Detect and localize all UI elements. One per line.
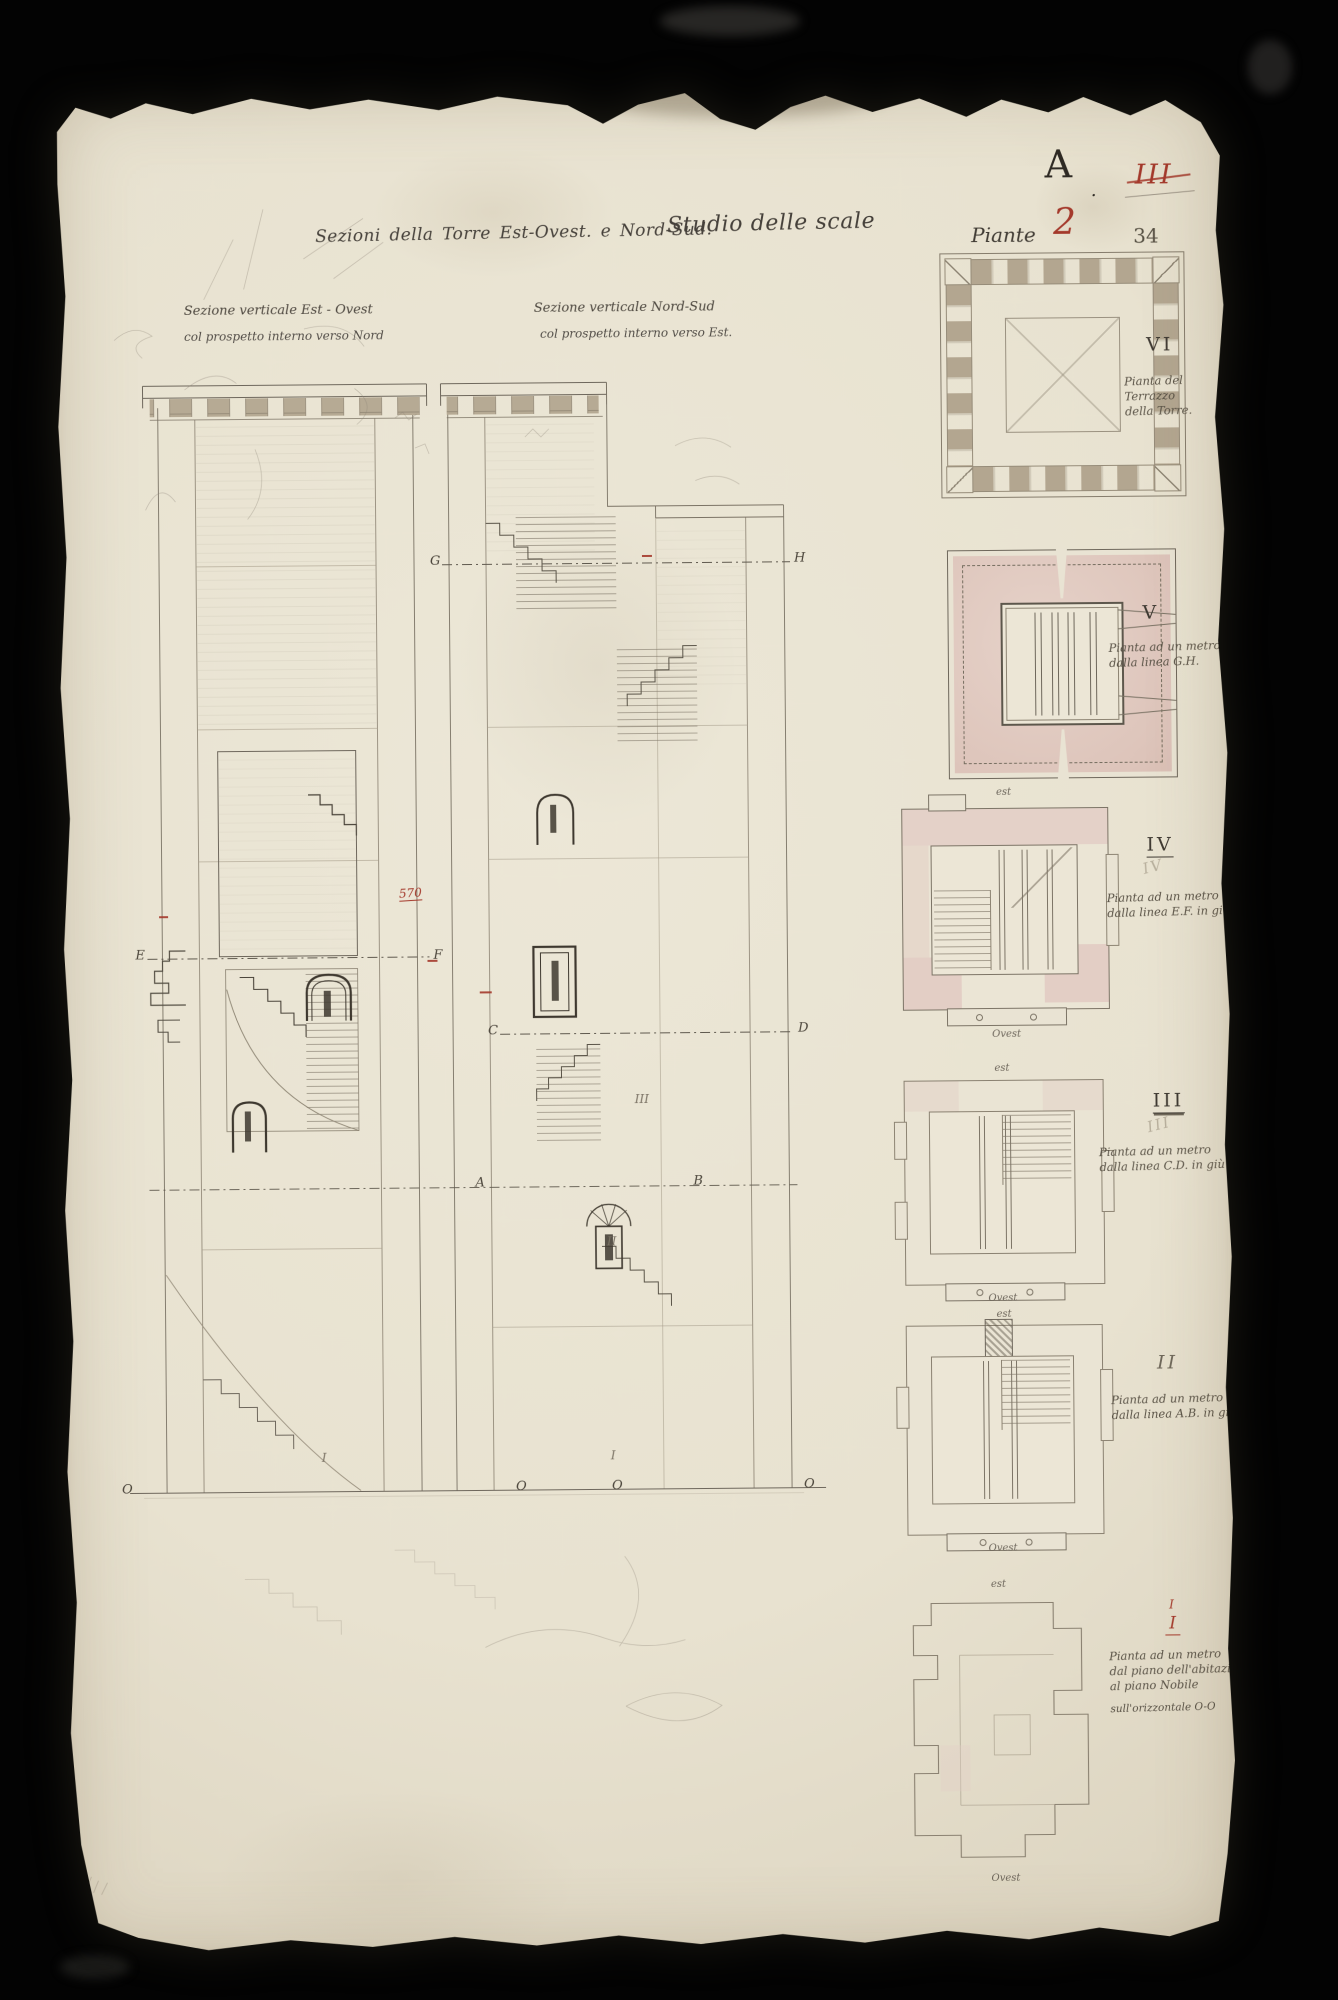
- left-section-subtitle: col prospetto interno verso Nord: [184, 328, 384, 344]
- background-smudge: [60, 1955, 130, 1979]
- interior-room: [930, 844, 1078, 975]
- plan-v-numeral: V: [1142, 602, 1159, 624]
- wall-wash: [902, 808, 1107, 846]
- post-dot: [1026, 1289, 1033, 1296]
- mid-section-title: Sezione verticale Nord-Sud: [534, 299, 715, 316]
- post-dot: [979, 1539, 986, 1546]
- wall-projection: [896, 1387, 909, 1429]
- middle-section: [440, 381, 792, 1491]
- level-marker: I: [611, 1448, 616, 1462]
- sheet-number: 2: [1053, 202, 1076, 243]
- beam-line: [998, 850, 1005, 970]
- plan-i: [903, 1594, 1100, 1868]
- landing-ledge: [946, 1007, 1066, 1026]
- wall-projection: [895, 1202, 908, 1240]
- left-section: [142, 384, 436, 1493]
- mid-section-subtitle: col prospetto interno verso Est.: [540, 325, 732, 341]
- plan-iii-numeral: III: [1153, 1089, 1185, 1113]
- interior-room: [929, 1110, 1076, 1254]
- wall-projection: [894, 1122, 907, 1160]
- compass-est: est: [994, 1063, 1009, 1074]
- baseline-letter-O: O: [122, 1482, 133, 1497]
- beam-line: [1011, 1361, 1018, 1499]
- plan-iii: [904, 1079, 1106, 1286]
- compass-est: est: [997, 1309, 1012, 1320]
- series-letter: A: [1044, 142, 1072, 186]
- background-smudge: [660, 6, 800, 36]
- stair-treads: [1002, 1114, 1072, 1185]
- terrace-opening: [1005, 317, 1121, 433]
- datum-letter-G: G: [430, 554, 441, 569]
- sheet-title-study: Studio delle scale: [667, 209, 876, 239]
- compass-ovest: Ovest: [992, 1029, 1021, 1040]
- level-marker: I: [322, 1451, 327, 1465]
- beam-line: [979, 1116, 986, 1249]
- post-dot: [976, 1289, 983, 1296]
- left-section-title: Sezione verticale Est - Ovest: [184, 302, 373, 319]
- beam-line: [1089, 612, 1097, 715]
- crenellated-parapet: [946, 284, 974, 467]
- datum-letter-H: H: [794, 551, 805, 566]
- datum-letter-C: C: [488, 1023, 498, 1038]
- datum-letter-F: F: [433, 948, 442, 963]
- construction-diagonal: [1011, 847, 1076, 908]
- compass-ovest: Ovest: [989, 1543, 1018, 1554]
- compass-ovest: Ovest: [988, 1293, 1017, 1304]
- datum-letter-B: B: [693, 1174, 703, 1189]
- wall-wash: [1043, 1080, 1103, 1111]
- interior-room: [931, 1355, 1075, 1504]
- datum-letter-E: E: [135, 948, 145, 963]
- beam-line: [1035, 613, 1043, 716]
- plan-iv-numeral: IV: [1146, 833, 1173, 857]
- stair-well: [1000, 602, 1124, 726]
- post-dot: [975, 1014, 982, 1021]
- level-marker: II: [607, 1234, 617, 1248]
- background-smudge: [1248, 40, 1292, 94]
- plan-iii-caption: Pianta ad un metro dalla linea C.D. in g…: [1099, 1142, 1225, 1176]
- parapet-corner: [1152, 256, 1179, 283]
- stair-treads: [934, 890, 992, 971]
- sheet-type-label: Piante: [971, 223, 1036, 248]
- crenellated-parapet: [972, 465, 1155, 493]
- beam-line: [1068, 612, 1076, 715]
- compass-ovest: Ovest: [991, 1873, 1020, 1884]
- wall-wash: [902, 846, 929, 958]
- crenellated-parapet: [970, 258, 1153, 286]
- parapet-corner: [946, 466, 973, 493]
- flue-projection: [928, 794, 966, 811]
- post-dot: [1025, 1539, 1032, 1546]
- parapet-corner: [1154, 464, 1181, 491]
- plan-v-caption: Pianta ad un metro dalla linea G.H.: [1108, 638, 1221, 671]
- level-marker: III: [635, 1092, 649, 1106]
- beam-line: [1005, 1116, 1012, 1249]
- plan-vi-caption: Pianta del Terrazzo della Torre.: [1124, 373, 1192, 420]
- baseline-letter-O: O: [804, 1477, 815, 1492]
- red-annotation-570: 570: [398, 885, 422, 901]
- plan-ii-numeral: II: [1157, 1351, 1178, 1373]
- parapet-corner: [944, 258, 971, 285]
- datum-letter-A: A: [475, 1175, 485, 1190]
- post-dot: [1029, 1014, 1036, 1021]
- paper-sheet: Sezioni della Torre Est-Ovest. e Nord-Su…: [52, 81, 1240, 1957]
- plan-ii: [906, 1324, 1105, 1536]
- page-number: 34: [1133, 223, 1159, 247]
- pencil-scribbles: [71, 205, 752, 1895]
- plan-i-caption: Pianta ad un metro dal piano dell'abitaz…: [1109, 1646, 1253, 1717]
- wall-wash: [905, 1081, 959, 1111]
- beam-line: [983, 1361, 990, 1499]
- crossed-numeral: III: [1135, 159, 1173, 190]
- compass-est: est: [991, 1579, 1006, 1590]
- crossed-numeral-wrap: III: [1135, 159, 1173, 190]
- compass-est: est: [996, 787, 1011, 798]
- baseline-letter-O: O: [516, 1479, 527, 1494]
- baseline-letter-O: O: [612, 1478, 623, 1493]
- plan-vi-numeral: VI: [1146, 333, 1173, 355]
- series-dot: .: [1091, 180, 1097, 201]
- plan-ii-caption: Pianta ad un metro dalla linea A.B. in g…: [1111, 1390, 1237, 1424]
- plan-iv-caption: Pianta ad un metro dalla linea E.F. in g…: [1107, 888, 1231, 922]
- plan-i-numeral: I: [1165, 1613, 1180, 1635]
- photographed-sheet: Sezioni della Torre Est-Ovest. e Nord-Su…: [0, 0, 1338, 2000]
- plan-iv: [901, 807, 1110, 1011]
- plan-i-numeral-small: I: [1169, 1597, 1174, 1611]
- beam-line: [1051, 612, 1059, 715]
- plan-i-outline: [903, 1594, 1100, 1868]
- datum-letter-D: D: [798, 1021, 809, 1036]
